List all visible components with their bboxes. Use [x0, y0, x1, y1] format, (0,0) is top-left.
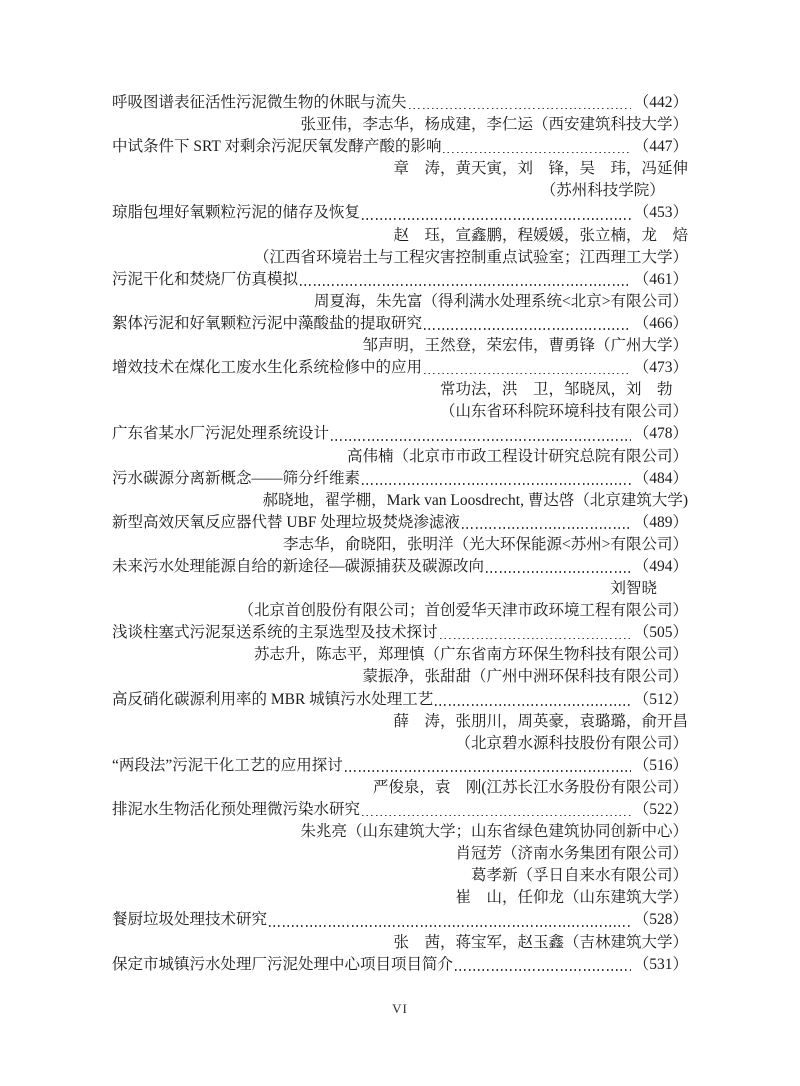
toc-entry-title-row: 广东省某水厂污泥处理系统设计（478） — [112, 423, 688, 445]
toc-entry-page-number: （447） — [634, 136, 688, 158]
toc-entry-title-row: 污水碳源分离新概念——筛分纤维素（484） — [112, 468, 688, 490]
toc-entry-title: 广东省某水厂污泥处理系统设计 — [112, 423, 329, 445]
toc-entry-title: 呼吸图谱表征活性污泥微生物的休眠与流失 — [112, 92, 407, 114]
toc-entry-title-row: 浅谈柱塞式污泥泵送系统的主泵选型及技术探讨（505） — [112, 622, 688, 644]
toc-entry-title-row: “两段法”污泥干化工艺的应用探讨（516） — [112, 755, 688, 777]
toc-entry-title: 餐厨垃圾处理技术研究 — [112, 909, 267, 931]
document-page: 呼吸图谱表征活性污泥微生物的休眠与流失（442）张亚伟，李志华，杨成建，李仁运（… — [0, 0, 800, 1086]
toc-entry-title: 污泥干化和焚烧厂仿真模拟 — [112, 269, 298, 291]
toc-entry-page-number: （531） — [634, 954, 688, 976]
toc-entry-author-line: 刘智晓 — [112, 578, 688, 600]
toc-entry-title: 污水碳源分离新概念——筛分纤维素 — [112, 468, 360, 490]
toc-entry-title-row: 未来污水处理能源自给的新途径—碳源捕获及碳源改向（494） — [112, 556, 688, 578]
toc-entry: 浅谈柱塞式污泥泵送系统的主泵选型及技术探讨（505）苏志升，陈志平，郑理慎（广东… — [112, 622, 688, 688]
toc-entry-title-row: 絮体污泥和好氧颗粒污泥中藻酸盐的提取研究（466） — [112, 313, 688, 335]
toc-entry-author-line: （北京首创股份有限公司；首创爱华天津市政环境工程有限公司） — [112, 600, 688, 622]
toc-entry-title: 琼脂包埋好氧颗粒污泥的储存及恢复 — [112, 202, 360, 224]
toc-entry-title-row: 新型高效厌氧反应器代替 UBF 处理垃圾焚烧渗滤液（489） — [112, 512, 688, 534]
toc-entry-author-line: 朱兆亮（山东建筑大学；山东省绿色建筑协同创新中心） — [112, 821, 688, 843]
dotted-leader — [362, 483, 631, 485]
toc-entry-page-number: （512） — [634, 689, 688, 711]
toc-entry-author-line: 蒙振净，张甜甜（广州中洲环保科技有限公司） — [112, 666, 688, 688]
toc-entry-title-row: 中试条件下 SRT 对剩余污泥厌氧发酵产酸的影响（447） — [112, 136, 688, 158]
toc-entry: 未来污水处理能源自给的新途径—碳源捕获及碳源改向（494）刘智晓 （北京首创股份… — [112, 556, 688, 622]
toc-entry: 中试条件下 SRT 对剩余污泥厌氧发酵产酸的影响（447）章 涛，黄天寅，刘 锋… — [112, 136, 688, 202]
toc-entry: 保定市城镇污水处理厂污泥处理中心项目项目简介（531） — [112, 954, 688, 976]
toc-entry: 广东省某水厂污泥处理系统设计（478）高伟楠（北京市市政工程设计研究总院有限公司… — [112, 423, 688, 467]
toc-entry-author-line: 李志华，俞晓阳，张明洋（光大环保能源<苏州>有限公司） — [112, 534, 688, 556]
dotted-leader — [435, 704, 631, 706]
toc-entry-title-row: 增效技术在煤化工废水生化系统检修中的应用（473） — [112, 357, 688, 379]
toc-entry-page-number: （484） — [634, 468, 688, 490]
toc-entry: 污泥干化和焚烧厂仿真模拟（461）周夏海，朱先富（得利满水处理系统<北京>有限公… — [112, 269, 688, 313]
toc-entry: 新型高效厌氧反应器代替 UBF 处理垃圾焚烧渗滤液（489）李志华，俞晓阳，张明… — [112, 512, 688, 556]
toc-entry-title-row: 排泥水生物活化预处理微污染水研究（522） — [112, 799, 688, 821]
toc-entry-page-number: （528） — [634, 909, 688, 931]
toc-entry-title: 中试条件下 SRT 对剩余污泥厌氧发酵产酸的影响 — [112, 136, 441, 158]
toc-entry-title-row: 高反硝化碳源利用率的 MBR 城镇污水处理工艺（512） — [112, 689, 688, 711]
dotted-leader — [409, 108, 631, 110]
toc-entry: 高反硝化碳源利用率的 MBR 城镇污水处理工艺（512）薛 涛，张朋川，周英豪，… — [112, 689, 688, 755]
toc-list: 呼吸图谱表征活性污泥微生物的休眠与流失（442）张亚伟，李志华，杨成建，李仁运（… — [112, 92, 688, 976]
toc-entry: 排泥水生物活化预处理微污染水研究（522）朱兆亮（山东建筑大学；山东省绿色建筑协… — [112, 799, 688, 909]
toc-entry: 琼脂包埋好氧颗粒污泥的储存及恢复（453）赵 珏，宣鑫鹏，程媛媛，张立楠，龙 焙… — [112, 202, 688, 268]
toc-entry-page-number: （494） — [634, 556, 688, 578]
page-number-footer: VI — [0, 1001, 800, 1017]
toc-entry-author-line: （苏州科技学院） — [112, 180, 688, 202]
toc-entry: 污水碳源分离新概念——筛分纤维素（484）郝晓地，翟学棚，Mark van Lo… — [112, 468, 688, 512]
toc-entry-author-line: 邹声明，王然登，荣宏伟，曹勇锋（广州大学） — [112, 335, 688, 357]
toc-entry-author-line: （江西省环境岩土与工程灾害控制重点试验室；江西理工大学） — [112, 247, 688, 269]
dotted-leader — [362, 218, 631, 220]
toc-entry: 呼吸图谱表征活性污泥微生物的休眠与流失（442）张亚伟，李志华，杨成建，李仁运（… — [112, 92, 688, 136]
toc-entry-page-number: （442） — [634, 92, 688, 114]
dotted-leader — [424, 373, 631, 375]
toc-entry-author-line: 周夏海，朱先富（得利满水处理系统<北京>有限公司） — [112, 291, 688, 313]
toc-entry-title-row: 琼脂包埋好氧颗粒污泥的储存及恢复（453） — [112, 202, 688, 224]
toc-entry-author-line: 赵 珏，宣鑫鹏，程媛媛，张立楠，龙 焙 — [112, 225, 688, 247]
dotted-leader — [443, 152, 630, 154]
dotted-leader — [440, 638, 631, 640]
toc-entry-page-number: （473） — [634, 357, 688, 379]
toc-entry: “两段法”污泥干化工艺的应用探讨（516）严俊泉，袁 刚(江苏长江水务股份有限公… — [112, 755, 688, 799]
dotted-leader — [362, 815, 631, 817]
toc-entry-author-line: 苏志升，陈志平，郑理慎（广东省南方环保生物科技有限公司） — [112, 644, 688, 666]
toc-entry-author-line: 高伟楠（北京市市政工程设计研究总院有限公司） — [112, 446, 688, 468]
dotted-leader — [269, 925, 631, 927]
toc-entry-title: 排泥水生物活化预处理微污染水研究 — [112, 799, 360, 821]
toc-entry-author-line: 崔 山，任仰龙（山东建筑大学） — [112, 887, 688, 909]
toc-entry-author-line: 常功法，洪 卫，邹晓凤，刘 勃 — [112, 379, 688, 401]
toc-entry-author-line: 葛孝新（孚日自来水有限公司） — [112, 865, 688, 887]
toc-entry: 絮体污泥和好氧颗粒污泥中藻酸盐的提取研究（466）邹声明，王然登，荣宏伟，曹勇锋… — [112, 313, 688, 357]
toc-entry-title: 高反硝化碳源利用率的 MBR 城镇污水处理工艺 — [112, 689, 433, 711]
toc-entry-author-line: 薛 涛，张朋川，周英豪，袁璐璐，俞开昌 — [112, 711, 688, 733]
toc-entry-title: 新型高效厌氧反应器代替 UBF 处理垃圾焚烧渗滤液 — [112, 512, 460, 534]
toc-entry-author-line: （山东省环科院环境科技有限公司） — [112, 401, 688, 423]
toc-entry-page-number: （505） — [634, 622, 688, 644]
toc-entry-author-line: （北京碧水源科技股份有限公司） — [112, 733, 688, 755]
toc-entry-page-number: （489） — [634, 512, 688, 534]
toc-entry-title: 未来污水处理能源自给的新途径—碳源捕获及碳源改向 — [112, 556, 484, 578]
toc-entry-author-line: 严俊泉，袁 刚(江苏长江水务股份有限公司） — [112, 777, 688, 799]
toc-entry-title-row: 呼吸图谱表征活性污泥微生物的休眠与流失（442） — [112, 92, 688, 114]
toc-entry-title: 絮体污泥和好氧颗粒污泥中藻酸盐的提取研究 — [112, 313, 422, 335]
toc-entry-page-number: （516） — [634, 755, 688, 777]
toc-entry-title: 增效技术在煤化工废水生化系统检修中的应用 — [112, 357, 422, 379]
toc-entry-title: 保定市城镇污水处理厂污泥处理中心项目项目简介 — [112, 954, 453, 976]
toc-entry: 增效技术在煤化工废水生化系统检修中的应用（473）常功法，洪 卫，邹晓凤，刘 勃… — [112, 357, 688, 423]
toc-entry-author-line: 张亚伟，李志华，杨成建，李仁运（西安建筑科技大学） — [112, 114, 688, 136]
dotted-leader — [486, 571, 631, 573]
toc-entry-title-row: 餐厨垃圾处理技术研究（528） — [112, 909, 688, 931]
toc-entry-author-line: 肖冠芳（济南水务集团有限公司） — [112, 843, 688, 865]
toc-entry-title: 浅谈柱塞式污泥泵送系统的主泵选型及技术探讨 — [112, 622, 438, 644]
toc-entry-author-line: 郝晓地，翟学棚，Mark van Loosdrecht, 曹达啓（北京建筑大学) — [112, 490, 688, 512]
toc-entry-page-number: （522） — [634, 799, 688, 821]
dotted-leader — [455, 969, 631, 971]
dotted-leader — [424, 328, 631, 330]
dotted-leader — [300, 284, 631, 286]
toc-entry-page-number: （478） — [634, 423, 688, 445]
toc-entry-page-number: （461） — [634, 269, 688, 291]
dotted-leader — [462, 527, 631, 529]
toc-entry-page-number: （453） — [634, 202, 688, 224]
dotted-leader — [331, 439, 631, 441]
dotted-leader — [345, 770, 631, 772]
toc-entry: 餐厨垃圾处理技术研究（528）张 茜，蒋宝军，赵玉鑫（吉林建筑大学） — [112, 909, 688, 953]
toc-entry-author-line: 章 涛，黄天寅，刘 锋，吴 玮，冯延伸 — [112, 158, 688, 180]
toc-entry-title-row: 污泥干化和焚烧厂仿真模拟（461） — [112, 269, 688, 291]
toc-entry-author-line: 张 茜，蒋宝军，赵玉鑫（吉林建筑大学） — [112, 932, 688, 954]
toc-entry-title: “两段法”污泥干化工艺的应用探讨 — [112, 755, 343, 777]
toc-entry-title-row: 保定市城镇污水处理厂污泥处理中心项目项目简介（531） — [112, 954, 688, 976]
toc-entry-page-number: （466） — [634, 313, 688, 335]
